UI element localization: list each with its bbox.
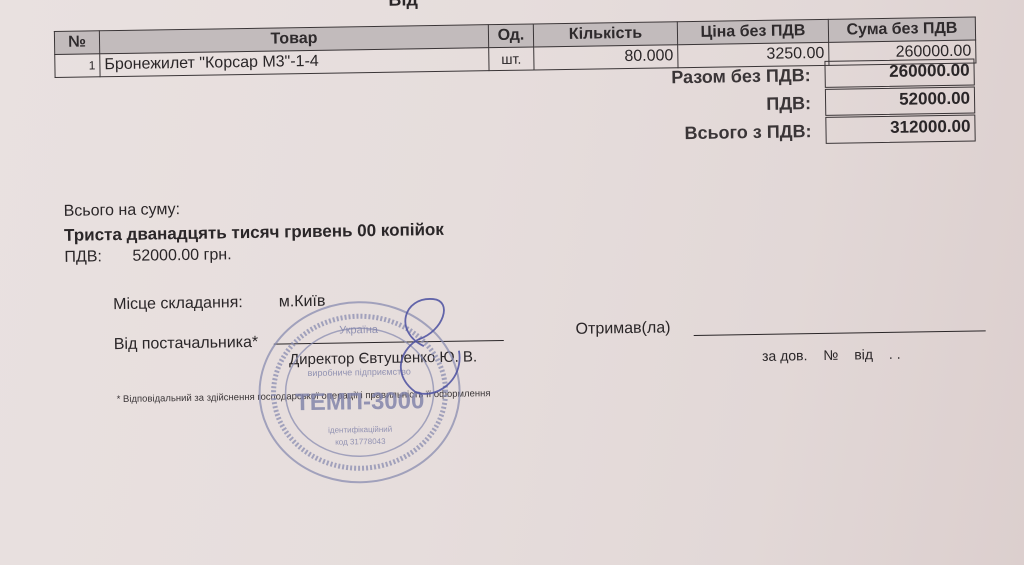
header-fragment: Від [388,0,418,11]
row-product: Бронежилет "Корсар М3"-1-4 [100,48,489,77]
col-price: Ціна без ПДВ [677,19,828,44]
col-number: № [54,31,99,55]
receiver-label: Отримав(ла) [575,319,670,338]
svg-text:код 31778043: код 31778043 [335,437,386,447]
totals-block: Разом без ПДВ: 260000.00 ПДВ: 52000.00 В… [599,59,975,149]
vat-value: 52000.00 грн. [132,246,231,265]
vat-line: ПДВ:52000.00 грн. [64,243,444,272]
col-unit: Од. [488,24,533,48]
row-number: 1 [55,54,100,78]
total-with-vat: Всього з ПДВ: 312000.00 [600,115,975,149]
supplier-label: Від постачальника* [114,334,259,354]
row-unit: шт. [489,47,534,71]
col-sum: Сума без ПДВ [828,17,975,42]
svg-text:ідентифікаційний: ідентифікаційний [328,425,392,435]
place-label: Місце складання: [113,294,243,313]
proxy-line: за дов. № від . . [762,346,913,364]
svg-text:Україна: Україна [339,324,379,337]
amount-in-words: Всього на суму: Триста дванадцять тисяч … [64,197,445,272]
receiver-signature-line [694,330,986,336]
col-quantity: Кількість [533,22,677,47]
signature-icon [383,290,475,401]
invoice-page: Від № Товар Од. Кількість Ціна без ПДВ С… [0,0,1024,565]
vat-label: ПДВ: [64,248,132,267]
